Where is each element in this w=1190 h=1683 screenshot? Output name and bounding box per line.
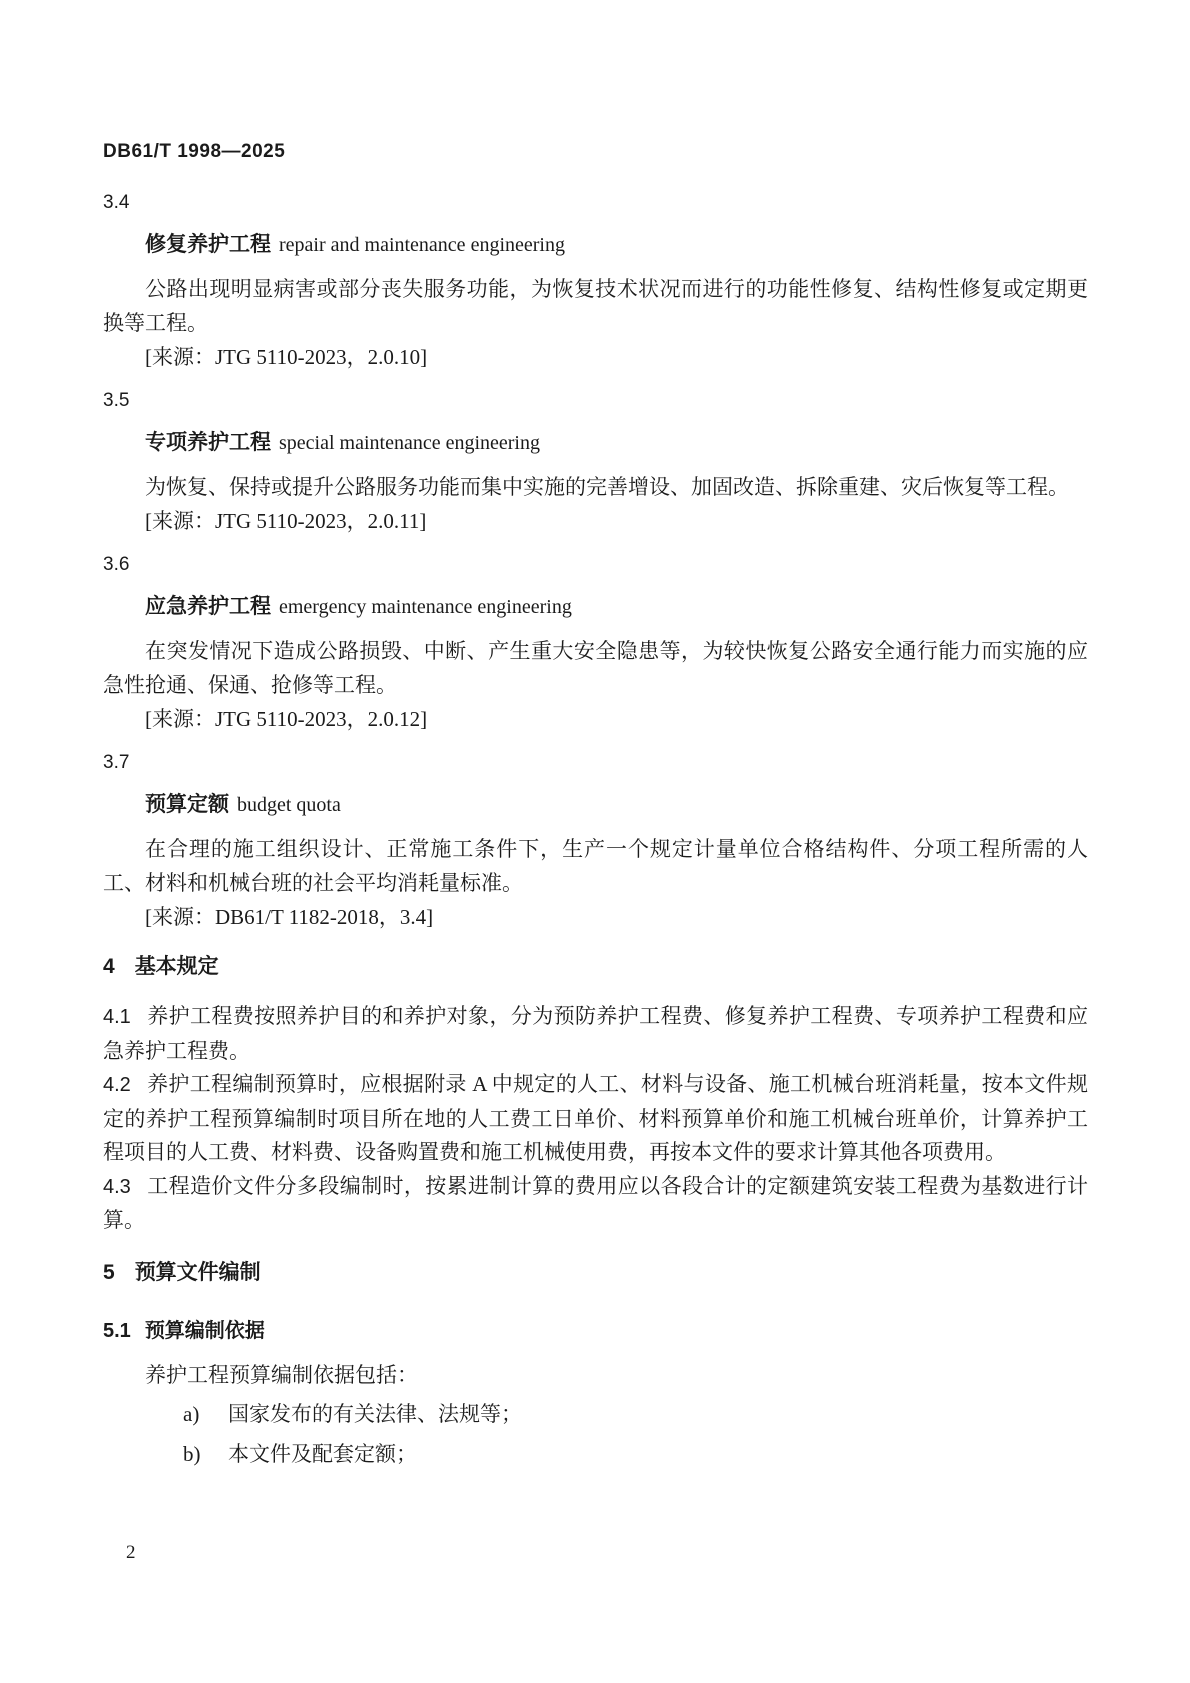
section-title: 基本规定 bbox=[135, 955, 219, 978]
clause-number: 4.3 bbox=[103, 1176, 131, 1198]
term-number: 3.6 bbox=[103, 548, 1088, 582]
clause-text: 养护工程编制预算时，应根据附录 A 中规定的人工、材料与设备、施工机械台班消耗量… bbox=[103, 1072, 1088, 1164]
term-source: [来源：JTG 5110-2023，2.0.11] bbox=[103, 504, 1088, 538]
term-number: 3.4 bbox=[103, 186, 1088, 220]
subsection-title: 预算编制依据 bbox=[145, 1320, 265, 1342]
clause-text: 养护工程费按照养护目的和养护对象，分为预防养护工程费、修复养护工程费、专项养护工… bbox=[103, 1004, 1088, 1063]
clause-4-3: 4.3工程造价文件分多段编制时，按累进制计算的费用应以各段合计的定额建筑安装工程… bbox=[103, 1170, 1088, 1238]
clause-number: 4.2 bbox=[103, 1074, 131, 1096]
subsection-intro: 养护工程预算编制依据包括： bbox=[103, 1358, 1088, 1392]
section-number: 5 bbox=[103, 1261, 115, 1284]
term-heading: 专项养护工程special maintenance engineering bbox=[103, 426, 1088, 462]
clause-4-2: 4.2养护工程编制预算时，应根据附录 A 中规定的人工、材料与设备、施工机械台班… bbox=[103, 1068, 1088, 1170]
clause-number: 4.1 bbox=[103, 1006, 131, 1028]
list-item-label: a) bbox=[183, 1397, 228, 1431]
term-definition: 在合理的施工组织设计、正常施工条件下，生产一个规定计量单位合格结构件、分项工程所… bbox=[103, 832, 1088, 900]
list-item-a: a)国家发布的有关法律、法规等； bbox=[103, 1397, 1088, 1431]
page-content: DB61/T 1998—2025 3.4 修复养护工程repair and ma… bbox=[0, 0, 1190, 1471]
section-4-heading: 4基本规定 bbox=[103, 950, 1088, 984]
subsection-5-1-heading: 5.1预算编制依据 bbox=[103, 1314, 1088, 1348]
list-item-b: b)本文件及配套定额； bbox=[103, 1437, 1088, 1471]
clause-text: 工程造价文件分多段编制时，按累进制计算的费用应以各段合计的定额建筑安装工程费为基… bbox=[103, 1174, 1088, 1233]
term-definition: 公路出现明显病害或部分丧失服务功能，为恢复技术状况而进行的功能性修复、结构性修复… bbox=[103, 272, 1088, 340]
term-number: 3.7 bbox=[103, 746, 1088, 780]
term-zh: 应急养护工程 bbox=[145, 595, 271, 618]
standard-number-header: DB61/T 1998—2025 bbox=[103, 140, 1088, 164]
section-5-heading: 5预算文件编制 bbox=[103, 1256, 1088, 1290]
clause-4-1: 4.1养护工程费按照养护目的和养护对象，分为预防养护工程费、修复养护工程费、专项… bbox=[103, 1000, 1088, 1068]
list-item-label: b) bbox=[183, 1437, 228, 1471]
list-item-text: 本文件及配套定额； bbox=[228, 1442, 417, 1466]
section-4-clauses: 4.1养护工程费按照养护目的和养护对象，分为预防养护工程费、修复养护工程费、专项… bbox=[103, 1000, 1088, 1238]
term-en: emergency maintenance engineering bbox=[279, 596, 572, 618]
term-heading: 应急养护工程emergency maintenance engineering bbox=[103, 590, 1088, 626]
term-source: [来源：DB61/T 1182-2018，3.4] bbox=[103, 900, 1088, 934]
section-title: 预算文件编制 bbox=[135, 1261, 261, 1284]
term-zh: 专项养护工程 bbox=[145, 431, 271, 454]
term-source: [来源：JTG 5110-2023，2.0.10] bbox=[103, 340, 1088, 374]
term-definition: 为恢复、保持或提升公路服务功能而集中实施的完善增设、加固改造、拆除重建、灾后恢复… bbox=[103, 470, 1088, 504]
page-number: 2 bbox=[126, 1541, 136, 1565]
term-en: budget quota bbox=[237, 794, 341, 816]
subsection-number: 5.1 bbox=[103, 1320, 131, 1342]
term-zh: 预算定额 bbox=[145, 793, 229, 816]
section-number: 4 bbox=[103, 955, 115, 978]
term-definition: 在突发情况下造成公路损毁、中断、产生重大安全隐患等，为较快恢复公路安全通行能力而… bbox=[103, 634, 1088, 702]
document-page: DB61/T 1998—2025 3.4 修复养护工程repair and ma… bbox=[0, 0, 1190, 1683]
term-en: repair and maintenance engineering bbox=[279, 234, 565, 256]
term-heading: 修复养护工程repair and maintenance engineering bbox=[103, 228, 1088, 264]
term-heading: 预算定额budget quota bbox=[103, 788, 1088, 824]
term-source: [来源：JTG 5110-2023，2.0.12] bbox=[103, 702, 1088, 736]
term-number: 3.5 bbox=[103, 384, 1088, 418]
term-en: special maintenance engineering bbox=[279, 432, 540, 454]
term-zh: 修复养护工程 bbox=[145, 233, 271, 256]
list-item-text: 国家发布的有关法律、法规等； bbox=[228, 1402, 522, 1426]
